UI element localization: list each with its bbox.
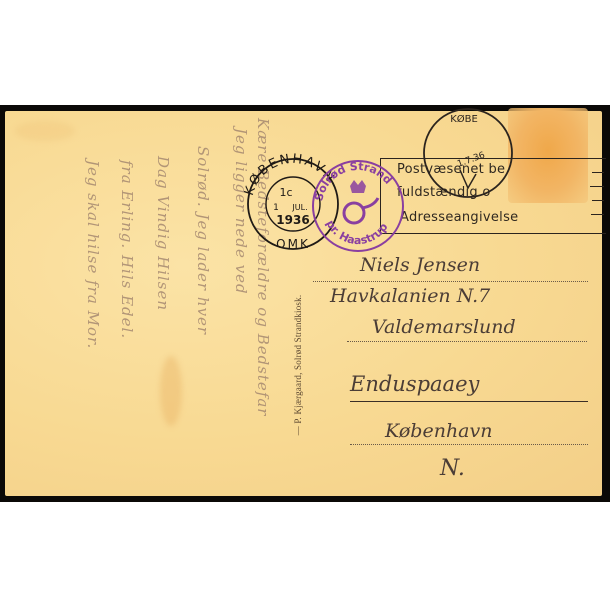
address-line-name: Niels Jensen: [360, 254, 480, 276]
age-stain: [160, 356, 182, 426]
publisher-imprint: — P. Kjærgaard, Solrød Strandkiosk.: [288, 255, 302, 485]
address-line-area: Valdemarslund: [372, 316, 516, 338]
svg-text:JUL.: JUL.: [291, 203, 307, 212]
message-line: Jeg skal hilse fra Mor.: [84, 160, 102, 349]
address-dotline: [350, 444, 588, 445]
slogan-line: Adresseangivelse: [400, 210, 518, 225]
postmark-right-icon: KØBE 1.7.36: [420, 100, 520, 210]
message-line: fra Erling. Hils Edel.: [118, 160, 136, 339]
svg-text:1c: 1c: [279, 186, 292, 199]
address-line-postal: N.: [440, 456, 465, 481]
message-line: Solrød. Jeg lader hver: [194, 146, 212, 335]
age-stain: [15, 121, 75, 141]
svg-text:1.7.36: 1.7.36: [456, 150, 487, 169]
purple-cachet-icon: Solrød Strand pr. Haastrup: [310, 158, 406, 254]
svg-text:1: 1: [273, 203, 279, 213]
address-dotline: [313, 281, 588, 282]
message-line: Dag Vindig Hilsen: [154, 156, 172, 311]
svg-text:OMK: OMK: [276, 237, 310, 251]
svg-text:1936: 1936: [276, 213, 309, 227]
address-line-city: København: [385, 420, 492, 442]
svg-text:KØBE: KØBE: [450, 113, 478, 125]
address-underline: [350, 401, 588, 402]
address-line-street: Havkalanien N.7: [330, 285, 490, 307]
address-line-street2: Enduspaaey: [350, 372, 479, 396]
address-dotline: [347, 341, 587, 342]
